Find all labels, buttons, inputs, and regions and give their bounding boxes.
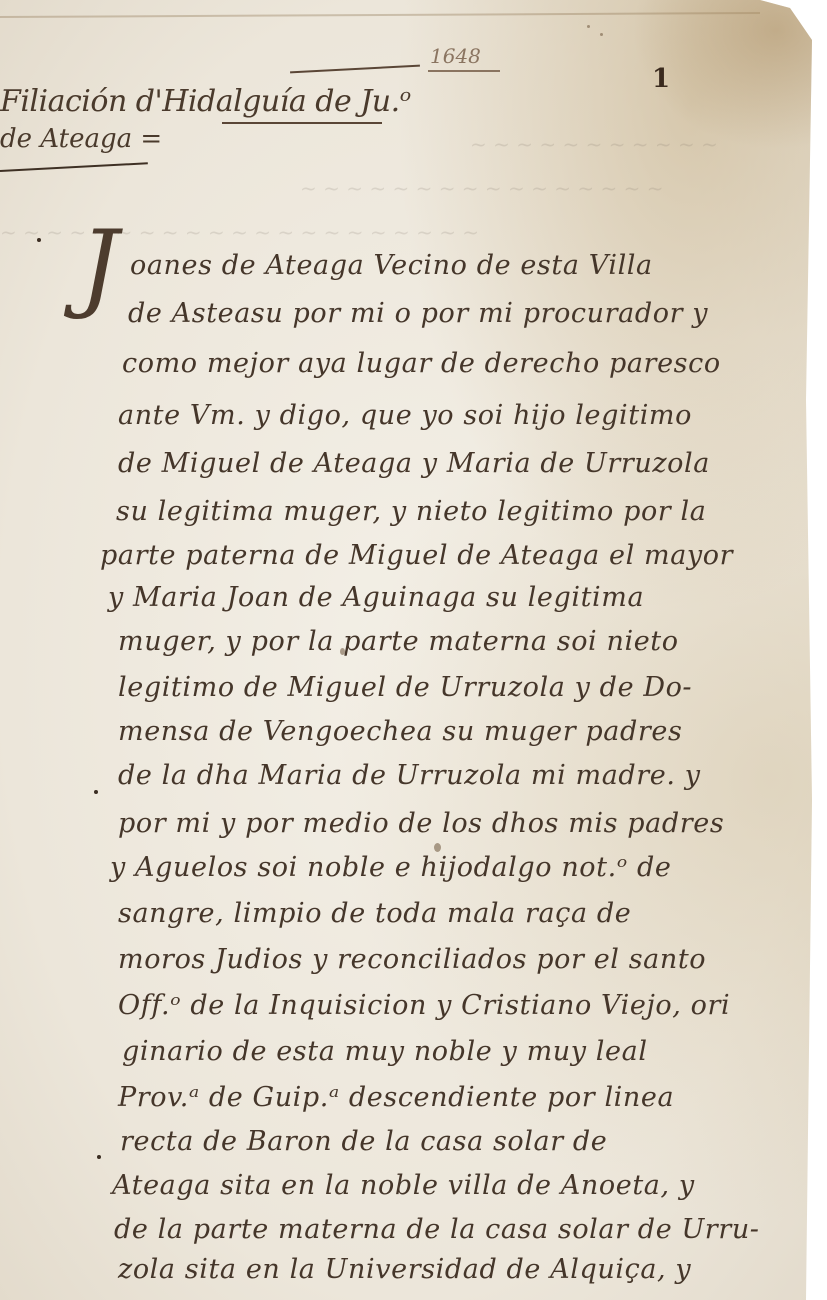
text-line: Prov.ᵃ de Guip.ᵃ descendiente por linea [118,1082,674,1113]
ink-blot [587,25,590,28]
text-line: recta de Baron de la casa solar de [120,1126,607,1157]
heading-line-2: de Ateaga = [0,124,162,154]
text-line: Off.ᵒ de la Inquisicion y Cristiano Viej… [118,990,730,1021]
text-line: de Asteasu por mi o por mi procurador y [128,298,708,329]
heading-underline [222,122,382,124]
year-underline [428,70,500,72]
text-line: y Maria Joan de Aguinaga su legitima [108,582,644,613]
heading-line-1: Filiación d'Hidalguía de Ju.ᵒ [0,84,411,119]
ink-blot [340,648,345,655]
text-line: como mejor aya lugar de derecho paresco [122,348,721,379]
text-line: de la parte materna de la casa solar de … [114,1214,760,1245]
text-line: sangre, limpio de toda mala raça de [118,898,631,929]
decorated-initial: J [80,218,118,314]
ink-blot [434,843,441,852]
folio-number: 1 [652,64,670,94]
text-line: moros Judios y reconciliados por el sant… [118,944,706,975]
manuscript-page: ~ ~ ~ ~ ~ ~ ~ ~ ~ ~ ~ ~ ~ ~ ~ ~ ~ ~ ~ ~ … [0,0,812,1300]
text-line: parte paterna de Miguel de Ateaga el may… [100,540,733,571]
text-line: legitimo de Miguel de Urruzola y de Do- [118,672,692,703]
ink-blot [600,33,603,36]
margin-mark [37,238,41,242]
text-line: ginario de esta muy noble y muy leal [122,1036,648,1067]
text-line: mensa de Vengoechea su muger padres [118,716,682,747]
bleed-through-text: ~ ~ ~ ~ ~ ~ ~ ~ ~ ~ ~ ~ ~ ~ ~ ~ [300,176,664,200]
text-line: y Aguelos soi noble e hijodalgo not.ᵒ de [110,852,671,883]
bleed-through-text: ~ ~ ~ ~ ~ ~ ~ ~ ~ ~ ~ [470,132,718,156]
bleed-through-text: ~ ~ ~ ~ ~ ~ ~ ~ ~ ~ ~ ~ ~ ~ ~ ~ ~ ~ ~ ~ … [0,220,479,244]
heading-underline [0,162,148,172]
text-line: ante Vm. y digo, que yo soi hijo legitim… [118,400,692,431]
margin-mark [94,790,98,794]
text-line: Ateaga sita en la noble villa de Anoeta,… [112,1170,695,1201]
text-line: zola sita en la Universidad de Alquiça, … [118,1254,691,1285]
text-line: oanes de Ateaga Vecino de esta Villa [130,250,653,281]
text-line: de la dha Maria de Urruzola mi madre. y [118,760,701,791]
heading-overline [290,65,420,74]
text-line: por mi y por medio de los dhos mis padre… [118,808,724,839]
text-line: muger, y por la parte materna soi nieto [118,626,679,657]
year-annotation: 1648 [430,44,481,68]
text-line: su legitima muger, y nieto legitimo por … [116,496,706,527]
text-line: de Miguel de Ateaga y Maria de Urruzola [118,448,710,479]
margin-mark [97,1155,101,1159]
